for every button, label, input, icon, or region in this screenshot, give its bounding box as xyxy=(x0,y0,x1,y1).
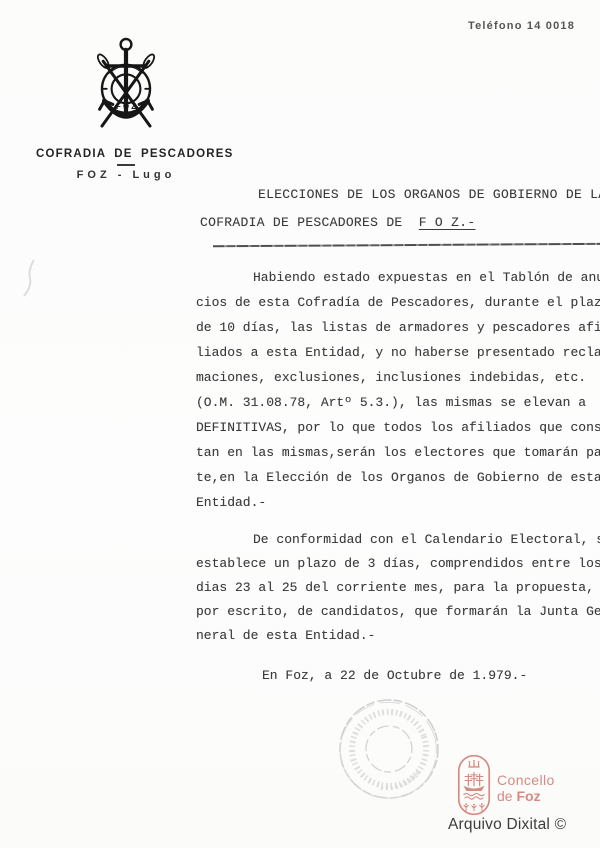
phone-number: Teléfono 14 0018 xyxy=(468,20,575,32)
body-line: De conformidad con el Calendario Elector… xyxy=(196,528,600,552)
concello-wordmark: Concello de Foz xyxy=(497,772,555,804)
org-place: FOZ - Lugo xyxy=(36,169,216,181)
org-name-rule xyxy=(117,164,135,166)
title-line-1: ELECCIONES DE LOS ORGANOS DE GOBIERNO DE… xyxy=(200,181,600,209)
pencil-smudge xyxy=(16,256,42,300)
letterhead: F O Z COFRADIA DE PESCADORES FOZ - Lugo xyxy=(36,36,216,181)
concello-line-2: de Foz xyxy=(497,788,555,804)
body-line: tan en las mismas,serán los electores qu… xyxy=(196,440,600,465)
org-name: COFRADIA DE PESCADORES xyxy=(36,148,216,160)
paragraph-1: Habiendo estado expuestas en el Tablón d… xyxy=(196,265,600,515)
document-title: ELECCIONES DE LOS ORGANOS DE GOBIERNO DE… xyxy=(200,181,600,237)
body-line: DEFINITIVAS, por lo que todos los afilia… xyxy=(196,415,600,440)
body-line: Entidad.- xyxy=(196,490,600,515)
scanned-document-page: Teléfono 14 0018 xyxy=(0,0,600,848)
title-line2-prefix: COFRADIA DE PESCADORES DE xyxy=(200,215,419,230)
concello-line-1: Concello xyxy=(497,772,555,788)
body-line: maciones, exclusiones, inclusiones indeb… xyxy=(196,365,600,390)
body-line: liados a esta Entidad, y no haberse pres… xyxy=(196,340,600,365)
body-line: Habiendo estado expuestas en el Tablón d… xyxy=(196,265,600,290)
crest-ring-label: F O Z xyxy=(116,102,136,111)
title-line-2: COFRADIA DE PESCADORES DE F O Z.- xyxy=(200,209,600,237)
concello-de-foz-crest-icon xyxy=(457,754,491,816)
body-line: cios de esta Cofradía de Pescadores, dur… xyxy=(196,290,600,315)
body-line: te,en la Elección de los Organos de Gobi… xyxy=(196,465,600,490)
circular-ink-stamp-icon xyxy=(311,671,467,827)
anchor-lifebuoy-crest-icon: F O Z xyxy=(90,36,162,144)
body-line: de 10 días, las listas de armadores y pe… xyxy=(196,315,600,340)
body-line: por escrito, de candidatos, que formarán… xyxy=(196,600,600,624)
paragraph-2: De conformidad con el Calendario Elector… xyxy=(196,528,600,648)
body-line: establece un plazo de 3 días, comprendid… xyxy=(196,552,600,576)
archive-credit: Arquivo Dixital © xyxy=(448,816,566,834)
body-line: neral de esta Entidad.- xyxy=(196,624,600,648)
title-line2-emphasis: F O Z.- xyxy=(419,215,476,230)
typed-separator-line xyxy=(213,243,600,247)
body-line: (O.M. 31.08.78, Artº 5.3.), las mismas s… xyxy=(196,390,600,415)
body-line: dias 23 al 25 del corriente mes, para la… xyxy=(196,576,600,600)
